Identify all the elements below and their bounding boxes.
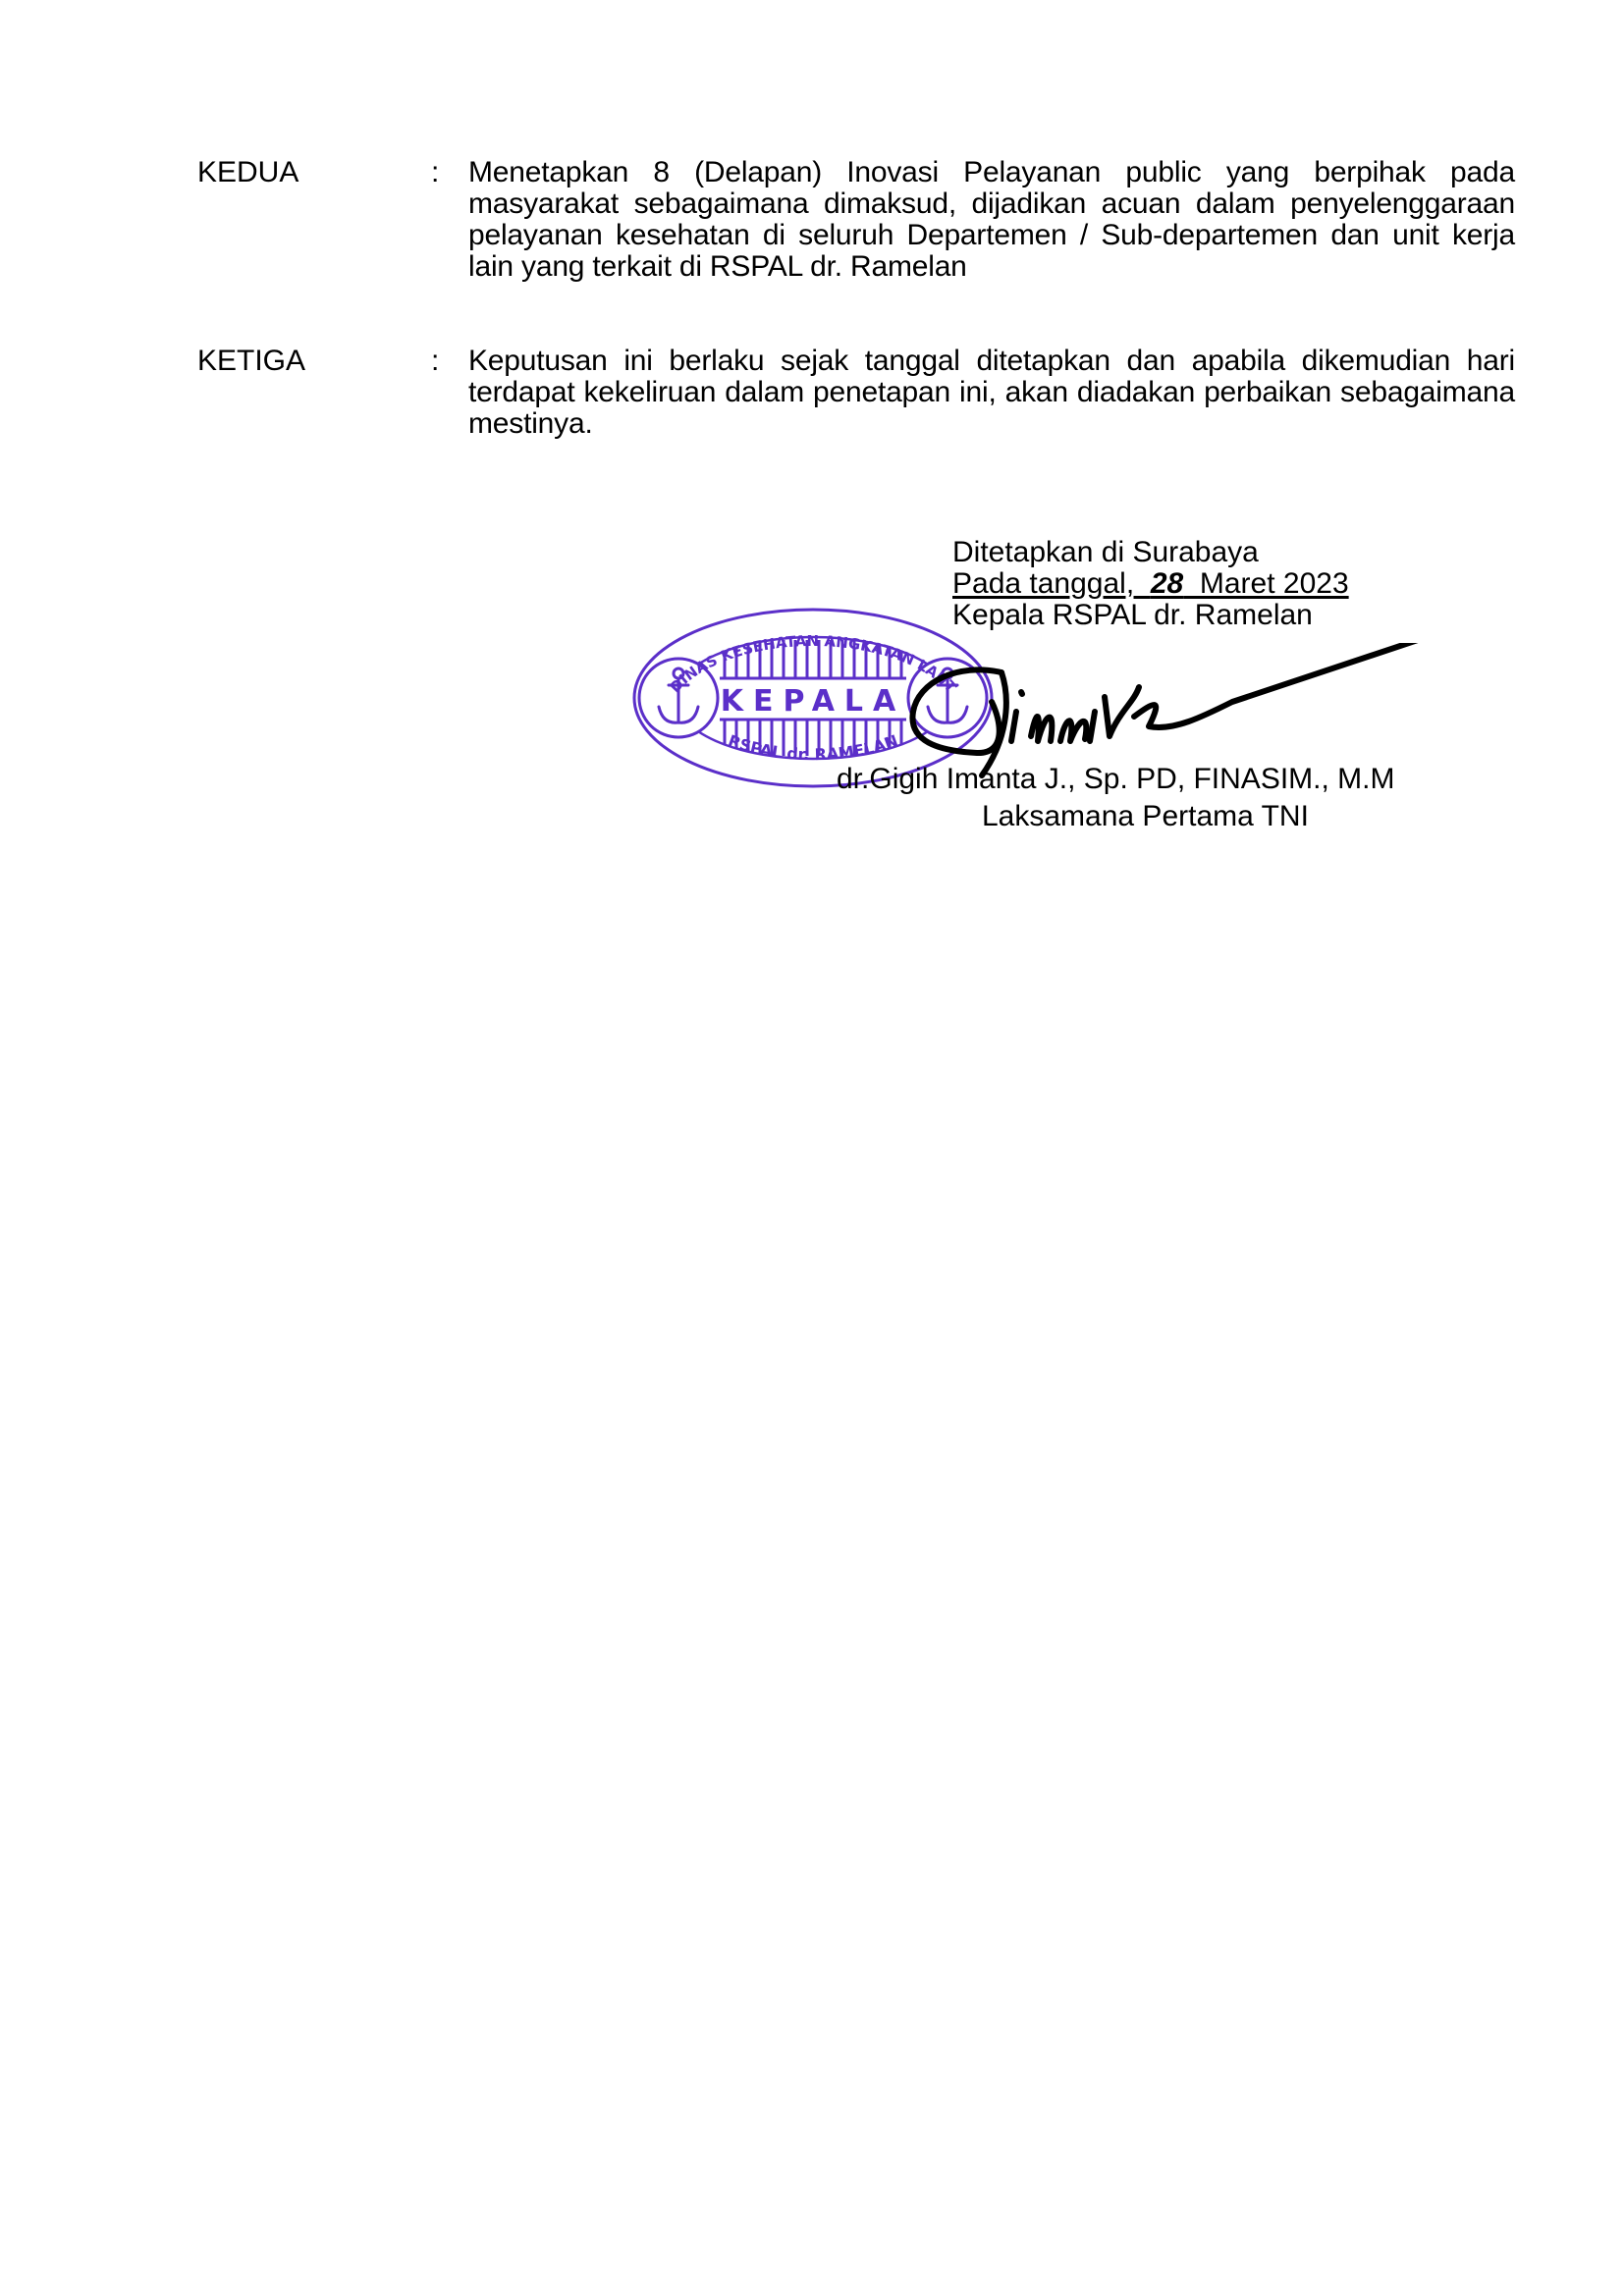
date-suffix: Maret 2023	[1183, 567, 1348, 600]
position-title: Kepala RSPAL dr. Ramelan	[952, 600, 1349, 631]
clause-ketiga: KETIGA : Keputusan ini berlaku sejak tan…	[197, 346, 1515, 440]
place-line: Ditetapkan di Surabaya	[952, 537, 1349, 568]
stamp-center-text: KEPALA	[721, 684, 906, 719]
clause-label: KETIGA	[197, 346, 423, 377]
signer-name: dr.Gigih Imanta J., Sp. PD, FINASIM., M.…	[837, 764, 1394, 795]
signer-rank: Laksamana Pertama TNI	[982, 801, 1309, 832]
clause-text: Keputusan ini berlaku sejak tanggal dite…	[468, 346, 1515, 440]
date-line: Pada tanggal, 28 Maret 2023	[952, 568, 1349, 600]
clause-separator: :	[431, 157, 439, 188]
clause-label: KEDUA	[197, 157, 423, 188]
signature-block: Ditetapkan di Surabaya Pada tanggal, 28 …	[952, 537, 1349, 631]
date-day: 28	[1151, 567, 1183, 600]
clause-text: Menetapkan 8 (Delapan) Inovasi Pelayanan…	[468, 157, 1515, 283]
clause-separator: :	[431, 346, 439, 377]
document-page: KEDUA : Menetapkan 8 (Delapan) Inovasi P…	[0, 0, 1624, 2296]
clause-kedua: KEDUA : Menetapkan 8 (Delapan) Inovasi P…	[197, 157, 1515, 283]
svg-text:RSPAL dr. RAMELAN: RSPAL dr. RAMELAN	[726, 731, 900, 764]
date-prefix: Pada tanggal,	[952, 567, 1151, 600]
